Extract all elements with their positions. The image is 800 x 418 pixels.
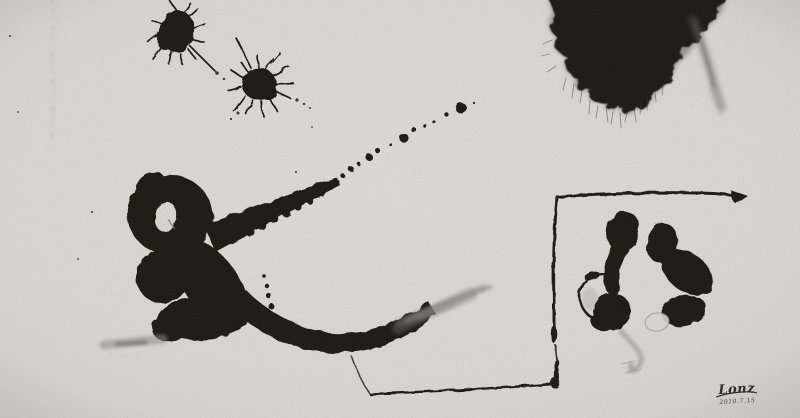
paper-grain-overlay — [0, 0, 800, 418]
artwork-svg: Lonz 2010.7.15 — [0, 0, 800, 418]
artwork-canvas: Lonz 2010.7.15 — [0, 0, 800, 418]
